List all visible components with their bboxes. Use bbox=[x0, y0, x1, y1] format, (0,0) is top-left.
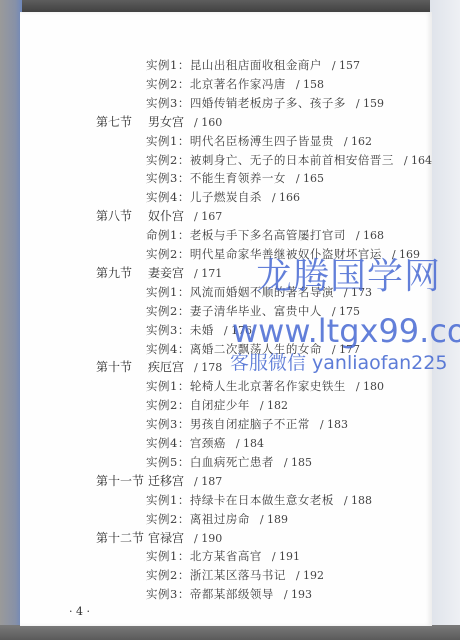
page-ref: / 189 bbox=[260, 513, 288, 526]
page-ref: / 185 bbox=[284, 456, 312, 469]
case-label: 实例3： bbox=[146, 587, 190, 601]
section-title: 疾厄宫 bbox=[148, 360, 184, 374]
page-ref: / 168 bbox=[356, 229, 384, 242]
case-title: 老板与手下多名高管屡打官司 bbox=[190, 228, 346, 242]
page-ref: / 160 bbox=[194, 116, 222, 129]
case-title: 宫颈癌 bbox=[190, 436, 226, 450]
case-title: 不能生育领养一女 bbox=[190, 171, 286, 185]
case-label: 实例3： bbox=[146, 417, 190, 431]
page-ref: / 176 bbox=[224, 324, 252, 337]
case-title: 妻子清华毕业、富贵中人 bbox=[190, 304, 322, 318]
page-number: · 4 · bbox=[69, 605, 90, 618]
case-label: 实例1： bbox=[146, 549, 190, 563]
page-ref: / 188 bbox=[344, 494, 372, 507]
case-title: 风流而婚姻不顺的著名导演 bbox=[190, 285, 334, 299]
case-label: 实例3： bbox=[146, 96, 190, 110]
page-ref: / 158 bbox=[296, 78, 324, 91]
case-label: 实例4： bbox=[146, 436, 190, 450]
page-ref: / 166 bbox=[272, 191, 300, 204]
page-ref: / 187 bbox=[194, 475, 222, 488]
section-title: 妻妾宫 bbox=[148, 266, 184, 280]
case-title: 浙江某区落马书记 bbox=[190, 568, 286, 582]
case-label: 命例1： bbox=[146, 228, 190, 242]
case-label: 实例2： bbox=[146, 247, 190, 261]
book-page: 实例1：昆山出租店面收租金商户/ 157实例2：北京著名作家冯唐/ 158实例3… bbox=[20, 12, 432, 626]
case-label: 实例1： bbox=[146, 134, 190, 148]
case-label: 实例4： bbox=[146, 190, 190, 204]
case-label: 实例1： bbox=[146, 493, 190, 507]
page-ref: / 162 bbox=[344, 135, 372, 148]
page-ref: / 175 bbox=[332, 305, 360, 318]
case-label: 实例2： bbox=[146, 153, 190, 167]
case-label: 实例1： bbox=[146, 379, 190, 393]
section-label: 第十一节 bbox=[96, 470, 148, 492]
case-title: 自闭症少年 bbox=[190, 398, 250, 412]
page-ref: / 164 bbox=[404, 154, 432, 167]
scan-right-edge bbox=[430, 0, 460, 640]
case-title: 明代星命家华善继被奴仆盗财坏官运 bbox=[190, 247, 382, 261]
case-title: 离婚二次飘荡人生的女命 bbox=[190, 342, 322, 356]
case-title: 儿子燃炭自杀 bbox=[190, 190, 262, 204]
section-label: 第九节 bbox=[96, 262, 148, 284]
page-ref: / 190 bbox=[194, 532, 222, 545]
case-label: 实例4： bbox=[146, 342, 190, 356]
page-ref: / 173 bbox=[344, 286, 372, 299]
case-label: 实例3： bbox=[146, 171, 190, 185]
case-label: 实例3： bbox=[146, 323, 190, 337]
page-ref: / 171 bbox=[194, 267, 222, 280]
case-label: 实例1： bbox=[146, 285, 190, 299]
case-title: 明代名臣杨溥生四子皆显贵 bbox=[190, 134, 334, 148]
case-title: 未婚 bbox=[190, 323, 214, 337]
page-ref: / 157 bbox=[332, 59, 360, 72]
case-title: 北京著名作家冯唐 bbox=[190, 77, 286, 91]
page-ref: / 191 bbox=[272, 550, 300, 563]
page-ref: / 183 bbox=[320, 418, 348, 431]
scan-left-edge bbox=[0, 0, 22, 640]
case-title: 持绿卡在日本做生意女老板 bbox=[190, 493, 334, 507]
page-ref: / 184 bbox=[236, 437, 264, 450]
section-label: 第八节 bbox=[96, 205, 148, 227]
case-title: 离祖过房命 bbox=[190, 512, 250, 526]
page-ref: / 182 bbox=[260, 399, 288, 412]
page-ref: / 165 bbox=[296, 172, 324, 185]
case-label: 实例2： bbox=[146, 304, 190, 318]
section-label: 第七节 bbox=[96, 111, 148, 133]
section-label: 第十二节 bbox=[96, 527, 148, 549]
case-title: 被刺身亡、无子的日本前首相安倍晋三 bbox=[190, 153, 394, 167]
case-title: 四婚传销老板房子多、孩子多 bbox=[190, 96, 346, 110]
page-ref: / 192 bbox=[296, 569, 324, 582]
case-title: 北方某省高官 bbox=[190, 549, 262, 563]
case-label: 实例2： bbox=[146, 568, 190, 582]
page-ref: / 180 bbox=[356, 380, 384, 393]
scan-bottom-edge bbox=[0, 625, 460, 640]
case-label: 实例2： bbox=[146, 398, 190, 412]
case-title: 轮椅人生北京著名作家史铁生 bbox=[190, 379, 346, 393]
page-ref: / 159 bbox=[356, 97, 384, 110]
case-label: 实例2： bbox=[146, 512, 190, 526]
page-ref: / 177 bbox=[332, 343, 360, 356]
case-label: 实例1： bbox=[146, 58, 190, 72]
toc-case-row: 实例3：帝都某部级领导/ 193 bbox=[146, 583, 312, 605]
case-title: 白血病死亡患者 bbox=[190, 455, 274, 469]
page-ref: / 167 bbox=[194, 210, 222, 223]
section-label: 第十节 bbox=[96, 356, 148, 378]
section-title: 男女宫 bbox=[148, 115, 184, 129]
page-ref: / 193 bbox=[284, 588, 312, 601]
case-label: 实例2： bbox=[146, 77, 190, 91]
case-title: 男孩自闭症脑子不正常 bbox=[190, 417, 310, 431]
page-ref: / 178 bbox=[194, 361, 222, 374]
case-title: 帝都某部级领导 bbox=[190, 587, 274, 601]
section-title: 官禄宫 bbox=[148, 531, 184, 545]
section-title: 奴仆宫 bbox=[148, 209, 184, 223]
case-label: 实例5： bbox=[146, 455, 190, 469]
case-title: 昆山出租店面收租金商户 bbox=[190, 58, 322, 72]
section-title: 迁移宫 bbox=[148, 474, 184, 488]
page-ref: / 169 bbox=[392, 248, 420, 261]
